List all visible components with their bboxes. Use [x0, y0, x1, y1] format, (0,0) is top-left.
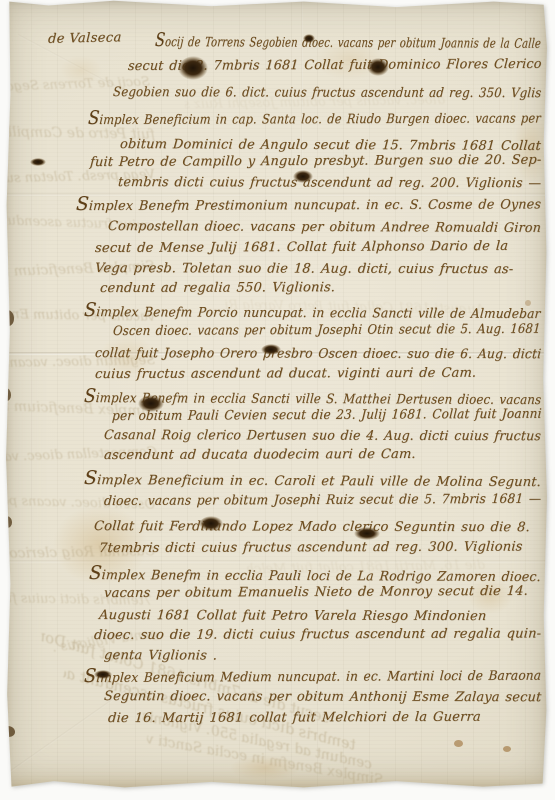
manuscript-line: dioec. suo die 19. dicti cuius fructus a…	[93, 625, 541, 645]
edge-ink-mark	[5, 388, 11, 401]
manuscript-line: cendunt ad regalia 550. Viglionis.	[99, 279, 335, 298]
manuscript-line: die 16. Martij 1681 collat fuit Melchior…	[107, 709, 481, 728]
manuscript-line: Simplex Benefm Prestimonium nuncupat. in…	[75, 194, 541, 216]
manuscript-line: genta Viglionis .	[103, 647, 217, 665]
manuscript-page: Socij de Torrens Segobien dioec. vacans …	[5, 0, 548, 789]
manuscript-line: vacans per obitum Emanuelis Nieto de Mon…	[103, 583, 528, 603]
verso-showthrough-line: Simplex Benefm in ecclia Sancti ville S.…	[145, 731, 384, 788]
stain	[60, 55, 102, 85]
manuscript-line: Seguntin dioec. vacans per obitum Anthon…	[103, 688, 542, 707]
edge-ink-mark	[5, 310, 14, 326]
fold-crease	[5, 560, 548, 563]
manuscript-line: Simplex Beneficium in cap. Santa loc. de…	[87, 108, 541, 130]
manuscript-line: Socij de Torrens Segobien dioec. vacans …	[154, 32, 541, 54]
stain	[230, 755, 300, 781]
edge-ink-mark	[5, 516, 12, 528]
manuscript-line: Simplex Beneficium in ec. Caroli et Paul…	[83, 470, 542, 492]
edge-ink-mark	[5, 726, 15, 737]
margin-note: de Valseca	[48, 30, 122, 47]
manuscript-line: Segobien suo die 6. dict. cuius fructus …	[112, 84, 542, 103]
paper-shadow-wrap: Socij de Torrens Segobien dioec. vacans …	[0, 0, 555, 800]
ink-blot	[30, 158, 46, 166]
foxing-spot	[454, 740, 463, 747]
manuscript-line: tembris dicti cuius fructus ascendunt ad…	[117, 174, 542, 193]
photo-backdrop: Socij de Torrens Segobien dioec. vacans …	[0, 0, 555, 800]
manuscript-line: 7tembris dicti cuius fructus ascendunt a…	[98, 539, 523, 558]
manuscript-line: collat fuit Josepho Orero presbro Oscen …	[94, 345, 542, 364]
foxing-spot	[503, 746, 511, 752]
manuscript-line: Casanal Roig clerico Dertusen suo die 4.…	[103, 427, 541, 446]
manuscript-line: dioec. vacans per obitum Josephi Ruiz se…	[103, 491, 541, 511]
manuscript-line: Simplex Beneficium Medium nuncupat. in e…	[83, 666, 541, 688]
manuscript-line: Vega presb. Toletan suo die 18. Aug. dic…	[94, 260, 514, 279]
manuscript-line: Compostellan dioec. vacans per obitum An…	[107, 218, 541, 238]
manuscript-line: per obitum Pauli Cevien secut die 23. Ju…	[111, 406, 542, 426]
manuscript-line: secut die 2. 7mbris 1681 Collat fuit Dom…	[127, 56, 542, 76]
manuscript-line: cuius fructus ascendunt ad ducat. vigint…	[94, 365, 476, 384]
manuscript-line: Augusti 1681 Collat fuit Petro Varela Ri…	[98, 607, 487, 626]
manuscript-line: fuit Petro de Campillo y Angulo presbyt.…	[89, 152, 542, 172]
manuscript-line: secut de Mense Julij 1681. Collat fuit A…	[94, 238, 508, 258]
manuscript-line: ascendunt ad ducata duodecim auri de Cam…	[103, 446, 416, 465]
manuscript-line: Oscen dioec. vacans per obitum Josephi O…	[112, 321, 541, 341]
manuscript-line: Collat fuit Ferdinando Lopez Mado cleric…	[93, 518, 530, 537]
